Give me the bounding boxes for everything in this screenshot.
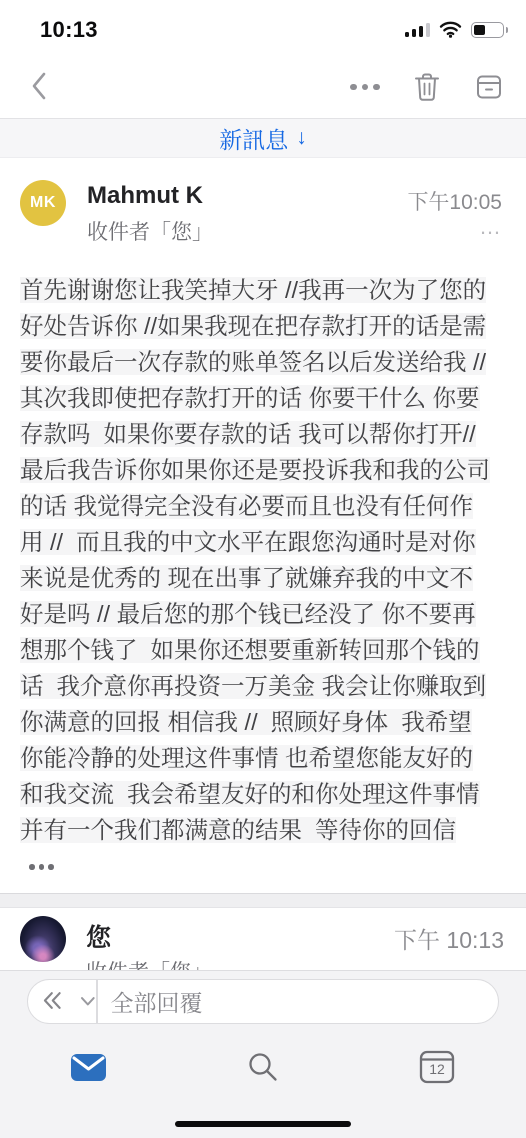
tab-search[interactable] bbox=[233, 1041, 293, 1093]
battery-icon bbox=[471, 22, 504, 38]
reply-all-icon bbox=[43, 991, 72, 1013]
avatar-initials: MK bbox=[30, 194, 56, 212]
your-avatar[interactable] bbox=[20, 916, 66, 962]
trash-icon bbox=[413, 71, 441, 103]
delete-button[interactable] bbox=[408, 68, 446, 106]
tab-mail[interactable] bbox=[58, 1041, 118, 1093]
mail-app-screen: 10:13 bbox=[0, 0, 526, 1138]
sender-avatar[interactable]: MK bbox=[20, 180, 66, 226]
recipient-line[interactable]: 收件者「您」 bbox=[87, 216, 213, 246]
chevron-down-icon bbox=[80, 996, 96, 1007]
chevron-left-icon bbox=[31, 72, 47, 100]
reply-all-input[interactable]: 全部回覆 bbox=[27, 979, 499, 1024]
bottom-bar: 全部回覆 12 bbox=[0, 970, 526, 1138]
message-divider bbox=[0, 893, 526, 908]
status-time: 10:13 bbox=[40, 17, 98, 43]
email-body-text: 首先谢谢您让我笑掉大牙 //我再一次为了您的 好处告诉你 //如果我现在把存款打… bbox=[20, 277, 490, 843]
new-message-banner[interactable]: 新訊息 ↓ bbox=[0, 118, 526, 158]
open-email-header: MK Mahmut K 收件者「您」 下午10:05 … bbox=[0, 158, 526, 268]
arrow-down-icon: ↓ bbox=[296, 126, 307, 150]
tab-bar: 12 bbox=[0, 1039, 526, 1099]
nav-actions bbox=[346, 68, 508, 106]
show-quoted-text-button[interactable] bbox=[25, 860, 58, 874]
next-email-timestamp: 下午 10:13 bbox=[394, 922, 504, 955]
calendar-icon: 12 bbox=[419, 1050, 455, 1084]
email-more-button[interactable]: … bbox=[479, 214, 502, 240]
next-email-sender: 您 bbox=[86, 918, 111, 954]
reply-placeholder: 全部回覆 bbox=[98, 985, 203, 1018]
status-bar: 10:13 bbox=[0, 0, 526, 54]
cellular-signal-icon bbox=[405, 22, 431, 37]
navigation-bar bbox=[0, 54, 526, 118]
mail-icon bbox=[70, 1053, 107, 1082]
sender-name: Mahmut K bbox=[87, 182, 203, 210]
calendar-day-label: 12 bbox=[419, 1061, 455, 1077]
email-timestamp: 下午10:05 bbox=[407, 186, 502, 216]
reply-mode-selector[interactable] bbox=[28, 991, 96, 1013]
email-body: 首先谢谢您让我笑掉大牙 //我再一次为了您的 好处告诉你 //如果我现在把存款打… bbox=[20, 272, 508, 848]
home-indicator[interactable] bbox=[175, 1121, 351, 1127]
archive-button[interactable] bbox=[470, 68, 508, 106]
status-icons bbox=[405, 21, 505, 38]
wifi-icon bbox=[439, 21, 462, 38]
search-icon bbox=[247, 1051, 279, 1083]
tab-calendar[interactable]: 12 bbox=[407, 1041, 467, 1093]
ellipsis-icon bbox=[350, 84, 380, 91]
back-button[interactable] bbox=[22, 69, 56, 103]
new-message-label: 新訊息 bbox=[219, 122, 288, 155]
more-options-button[interactable] bbox=[346, 68, 384, 106]
archive-icon bbox=[475, 73, 503, 101]
